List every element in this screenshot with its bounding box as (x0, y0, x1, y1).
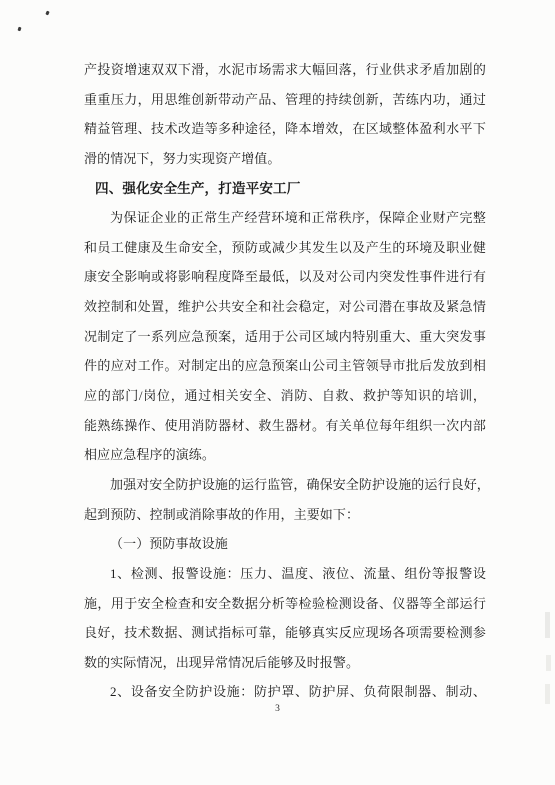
body-line: 应的部门/岗位，通过相关安全、消防、自救、救护等知识的培训， (84, 381, 486, 411)
body-line: 施，用于安全检查和安全数据分析等检验检测设备、仪器等全部运行 (84, 589, 486, 619)
body-line: 精益管理、技术改造等多种途径，降本增效，在区域整体盈利水平下 (84, 114, 486, 144)
body-line: 重重压力，用思维创新带动产品、管理的持续创新，苦练内功，通过 (84, 85, 486, 115)
body-line: 起到预防、控制或消除事故的作用，主要如下： (84, 500, 486, 530)
section-heading: 四、强化安全生产，打造平安工厂 (84, 174, 486, 204)
body-line: 件的应对工作。对制定出的应急预案山公司主管领导市批后发放到相 (84, 351, 486, 381)
scan-artifact (546, 655, 551, 671)
body-line: 加强对安全防护设施的运行监管，确保安全防护设施的运行良好， (84, 470, 486, 500)
scan-artifact (545, 612, 550, 638)
body-line: 滑的情况下，努力实现资产增值。 (84, 144, 486, 174)
body-line: 产投资增速双双下滑，水泥市场需求大幅回落，行业供求矛盾加剧的 (84, 55, 486, 85)
list-item-line: 2、设备安全防护设施：防护罩、防护屏、负荷限制器、制动、 (84, 677, 486, 707)
body-line: 为保证企业的正常生产经营环境和正常秩序，保障企业财产完整 (84, 203, 486, 233)
scan-speckle-icon (17, 27, 21, 32)
body-line: 效控制和处置，维护公共安全和社会稳定，对公司潜在事故及紧急情 (84, 292, 486, 322)
document-text-block: 产投资增速双双下滑，水泥市场需求大幅回落，行业供求矛盾加剧的 重重压力，用思维创… (84, 55, 486, 707)
body-line: 相应应急程序的演练。 (84, 440, 486, 470)
scan-artifact (545, 684, 550, 704)
document-page: 产投资增速双双下滑，水泥市场需求大幅回落，行业供求矛盾加剧的 重重压力，用思维创… (0, 0, 555, 785)
scan-speckle-icon (45, 11, 49, 16)
list-item-line: 1、检测、报警设施：压力、温度、液位、流量、组份等报警设 (84, 559, 486, 589)
body-line: 和员工健康及生命安全，预防或减少其发生以及产生的环境及职业健 (84, 233, 486, 263)
body-line: 况制定了一系列应急预案，适用于公司区域内特别重大、重大突发事 (84, 322, 486, 352)
list-item-heading: （一）预防事故设施 (84, 529, 486, 559)
page-number: 3 (0, 704, 555, 714)
body-line: 能熟练操作、使用消防器材、救生器材。有关单位每年组织一次内部 (84, 411, 486, 441)
body-line: 数的实际情况，出现异常情况后能够及时报警。 (84, 648, 486, 678)
body-line: 康安全影响或将影响程度降至最低，以及对公司内突发性事件进行有 (84, 262, 486, 292)
body-line: 良好，技术数据、测试指标可靠，能够真实反应现场各项需要检测参 (84, 618, 486, 648)
